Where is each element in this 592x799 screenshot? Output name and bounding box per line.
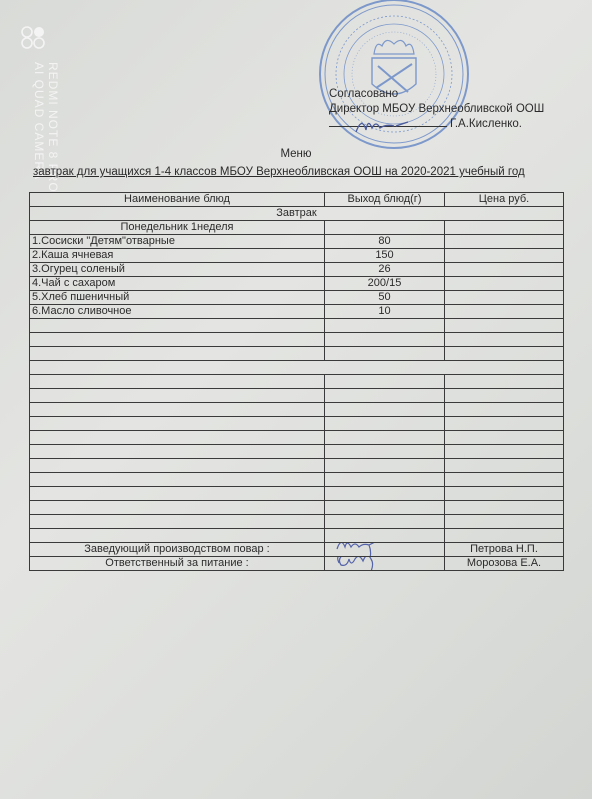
- empty-row: [30, 459, 564, 473]
- empty-cell: [325, 445, 445, 459]
- empty-cell: [325, 347, 445, 361]
- empty-cell: [445, 389, 564, 403]
- empty-cell: [325, 473, 445, 487]
- empty-cell: [30, 347, 325, 361]
- dish-price: [445, 235, 564, 249]
- empty-cell: [445, 515, 564, 529]
- empty-cell: [325, 487, 445, 501]
- table-row: 4.Чай с сахаром200/15: [30, 277, 564, 291]
- empty-row: [30, 515, 564, 529]
- document-title: Меню: [0, 148, 592, 160]
- empty-row: [30, 487, 564, 501]
- signoff-row: Заведующий производством повар :Петрова …: [30, 543, 564, 557]
- dish-name: 1.Сосиски "Детям"отварные: [30, 235, 325, 249]
- empty-cell: [445, 487, 564, 501]
- dish-yield: 26: [325, 263, 445, 277]
- document-subtitle: завтрак для учащихся 1-4 классов МБОУ Ве…: [33, 166, 525, 178]
- empty-cell: [30, 515, 325, 529]
- empty-cell: [325, 403, 445, 417]
- table-row: 2.Каша ячневая150: [30, 249, 564, 263]
- empty-cell: [445, 347, 564, 361]
- empty-row: [30, 319, 564, 333]
- empty-cell: [325, 459, 445, 473]
- empty-cell: [325, 333, 445, 347]
- empty-cell: [445, 529, 564, 543]
- dish-price: [445, 291, 564, 305]
- table-row: 5.Хлеб пшеничный50: [30, 291, 564, 305]
- empty-cell: [445, 445, 564, 459]
- break-cell: [30, 361, 564, 375]
- empty-cell: [445, 375, 564, 389]
- empty-cell: [30, 459, 325, 473]
- empty-cell: [30, 473, 325, 487]
- header-price: Цена руб.: [445, 193, 564, 207]
- dish-yield: 80: [325, 235, 445, 249]
- header-dish-name: Наименование блюд: [30, 193, 325, 207]
- dish-yield: 50: [325, 291, 445, 305]
- empty-cell: [30, 445, 325, 459]
- empty-row: [30, 501, 564, 515]
- empty-row: [30, 375, 564, 389]
- empty-cell: [30, 319, 325, 333]
- empty-cell: [445, 417, 564, 431]
- dish-name: 4.Чай с сахаром: [30, 277, 325, 291]
- empty-cell: [325, 431, 445, 445]
- dish-name: 6.Масло сливочное: [30, 305, 325, 319]
- empty-cell: [445, 319, 564, 333]
- empty-cell: [445, 473, 564, 487]
- empty-cell: [30, 417, 325, 431]
- table-row: 3.Огурец соленый26: [30, 263, 564, 277]
- empty-row: [30, 431, 564, 445]
- empty-row: [30, 417, 564, 431]
- empty-cell: [325, 375, 445, 389]
- day-row: Понедельник 1неделя: [30, 221, 564, 235]
- dual-camera-circles-icon: [20, 26, 56, 50]
- dish-price: [445, 277, 564, 291]
- empty-cell: [325, 319, 445, 333]
- signature-icon: [333, 543, 393, 557]
- empty-cell: [445, 333, 564, 347]
- empty-row: [30, 347, 564, 361]
- director-name: Г.А.Кисленко.: [450, 118, 522, 130]
- empty-cell: [30, 431, 325, 445]
- signoff-role: Ответственный за питание :: [30, 557, 325, 571]
- empty-row: [30, 473, 564, 487]
- table-header-row: Наименование блюд Выход блюд(г) Цена руб…: [30, 193, 564, 207]
- dish-yield: 10: [325, 305, 445, 319]
- empty-cell: [30, 375, 325, 389]
- section-row: Завтрак: [30, 207, 564, 221]
- signature-icon: [333, 557, 393, 571]
- empty-cell: [30, 529, 325, 543]
- empty-cell: [325, 389, 445, 403]
- empty-row: [30, 445, 564, 459]
- section-label: Завтрак: [30, 207, 564, 221]
- empty-cell: [30, 389, 325, 403]
- day-price-cell: [445, 221, 564, 235]
- dish-price: [445, 249, 564, 263]
- dish-price: [445, 263, 564, 277]
- empty-cell: [325, 529, 445, 543]
- empty-cell: [30, 501, 325, 515]
- empty-row: [30, 529, 564, 543]
- day-label: Понедельник 1неделя: [30, 221, 325, 235]
- agreed-label: Согласовано: [329, 87, 544, 102]
- dish-yield: 200/15: [325, 277, 445, 291]
- empty-cell: [30, 403, 325, 417]
- header-yield: Выход блюд(г): [325, 193, 445, 207]
- empty-row: [30, 333, 564, 347]
- director-signature-icon: [352, 114, 412, 136]
- signoff-name: Петрова Н.П.: [445, 543, 564, 557]
- empty-cell: [30, 333, 325, 347]
- dish-name: 3.Огурец соленый: [30, 263, 325, 277]
- empty-cell: [30, 487, 325, 501]
- empty-cell: [325, 417, 445, 431]
- break-row: [30, 361, 564, 375]
- empty-cell: [325, 501, 445, 515]
- empty-cell: [445, 459, 564, 473]
- dish-name: 5.Хлеб пшеничный: [30, 291, 325, 305]
- dish-price: [445, 305, 564, 319]
- table-row: 1.Сосиски "Детям"отварные80: [30, 235, 564, 249]
- empty-row: [30, 403, 564, 417]
- empty-row: [30, 389, 564, 403]
- empty-cell: [445, 431, 564, 445]
- signature-cell: [325, 543, 445, 557]
- dish-yield: 150: [325, 249, 445, 263]
- signoff-name: Морозова Е.А.: [445, 557, 564, 571]
- day-yield-cell: [325, 221, 445, 235]
- signature-cell: [325, 557, 445, 571]
- table-row: 6.Масло сливочное10: [30, 305, 564, 319]
- dish-name: 2.Каша ячневая: [30, 249, 325, 263]
- menu-table: Наименование блюд Выход блюд(г) Цена руб…: [29, 192, 564, 571]
- signoff-role: Заведующий производством повар :: [30, 543, 325, 557]
- empty-cell: [445, 501, 564, 515]
- empty-cell: [445, 403, 564, 417]
- empty-cell: [325, 515, 445, 529]
- signoff-row: Ответственный за питание :Морозова Е.А.: [30, 557, 564, 571]
